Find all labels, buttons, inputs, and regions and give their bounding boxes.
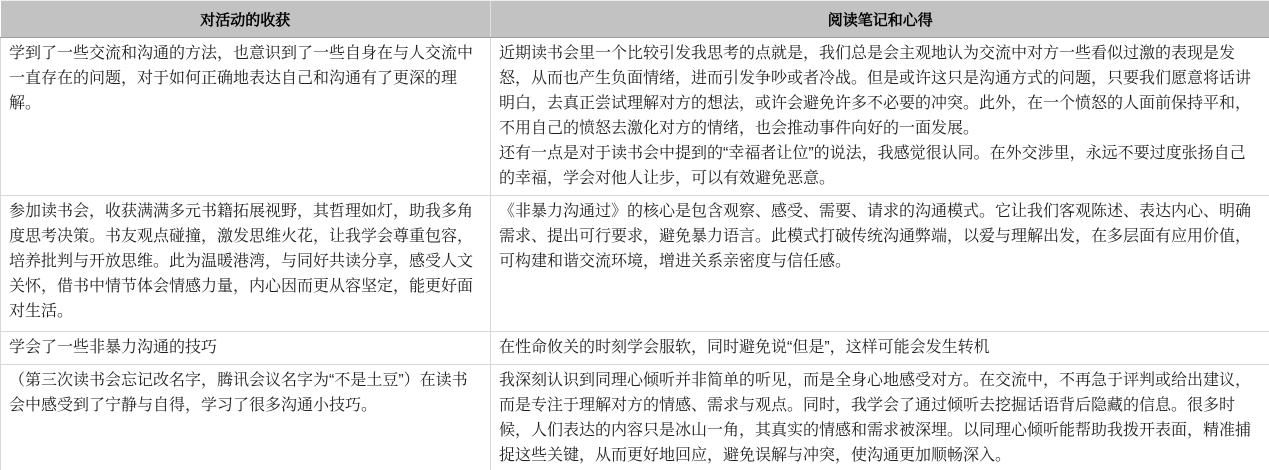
cell-activity-gain: 学会了一些非暴力沟通的技巧 <box>1 332 491 365</box>
cell-activity-gain: （第三次读书会忘记改名字，腾讯会议名字为“不是土豆”）在读书会中感受到了宁静与自… <box>1 365 491 470</box>
gain-paragraph: 学会了一些非暴力沟通的技巧 <box>9 335 482 360</box>
cell-reading-note: 《非暴力沟通过》的核心是包含观察、感受、需要、请求的沟通模式。它让我们客观陈述、… <box>491 196 1269 332</box>
note-paragraph: 《非暴力沟通过》的核心是包含观察、感受、需要、请求的沟通模式。它让我们客观陈述、… <box>499 199 1261 274</box>
table-row: 参加读书会，收获满满多元书籍拓展视野，其哲理如灯，助我多角度思考决策。书友观点碰… <box>1 196 1269 332</box>
cell-activity-gain: 参加读书会，收获满满多元书籍拓展视野，其哲理如灯，助我多角度思考决策。书友观点碰… <box>1 196 491 332</box>
cell-reading-note: 近期读书会里一个比较引发我思考的点就是，我们总是会主观地认为交流中对方一些看似过… <box>491 38 1269 196</box>
activity-reflection-table: 对活动的收获 阅读笔记和心得 学到了一些交流和沟通的方法，也意识到了一些自身在与… <box>0 0 1269 470</box>
gain-paragraph: 学到了一些交流和沟通的方法，也意识到了一些自身在与人交流中一直存在的问题，对于如… <box>9 41 482 116</box>
header-cell-activity-gains: 对活动的收获 <box>1 1 491 38</box>
note-paragraph: 近期读书会里一个比较引发我思考的点就是，我们总是会主观地认为交流中对方一些看似过… <box>499 41 1261 141</box>
gain-paragraph: 参加读书会，收获满满多元书籍拓展视野，其哲理如灯，助我多角度思考决策。书友观点碰… <box>9 199 482 324</box>
header-row: 对活动的收获 阅读笔记和心得 <box>1 1 1269 38</box>
gain-paragraph: （第三次读书会忘记改名字，腾讯会议名字为“不是土豆”）在读书会中感受到了宁静与自… <box>9 368 482 418</box>
document-page: 对活动的收获 阅读笔记和心得 学到了一些交流和沟通的方法，也意识到了一些自身在与… <box>0 0 1269 470</box>
cell-reading-note: 在性命攸关的时刻学会服软，同时避免说“但是”，这样可能会发生转机 <box>491 332 1269 365</box>
cell-activity-gain: 学到了一些交流和沟通的方法，也意识到了一些自身在与人交流中一直存在的问题，对于如… <box>1 38 491 196</box>
note-paragraph: 在性命攸关的时刻学会服软，同时避免说“但是”，这样可能会发生转机 <box>499 335 1261 360</box>
note-paragraph: 还有一点是对于读书会中提到的“幸福者让位”的说法，我感觉很认同。在外交涉里，永远… <box>499 141 1261 191</box>
table-row: 学会了一些非暴力沟通的技巧 在性命攸关的时刻学会服软，同时避免说“但是”，这样可… <box>1 332 1269 365</box>
cell-reading-note: 我深刻认识到同理心倾听并非简单的听见，而是全身心地感受对方。在交流中，不再急于评… <box>491 365 1269 470</box>
note-paragraph: 我深刻认识到同理心倾听并非简单的听见，而是全身心地感受对方。在交流中，不再急于评… <box>499 368 1261 468</box>
header-cell-reading-notes: 阅读笔记和心得 <box>491 1 1269 38</box>
table-row: 学到了一些交流和沟通的方法，也意识到了一些自身在与人交流中一直存在的问题，对于如… <box>1 38 1269 196</box>
table-row: （第三次读书会忘记改名字，腾讯会议名字为“不是土豆”）在读书会中感受到了宁静与自… <box>1 365 1269 470</box>
